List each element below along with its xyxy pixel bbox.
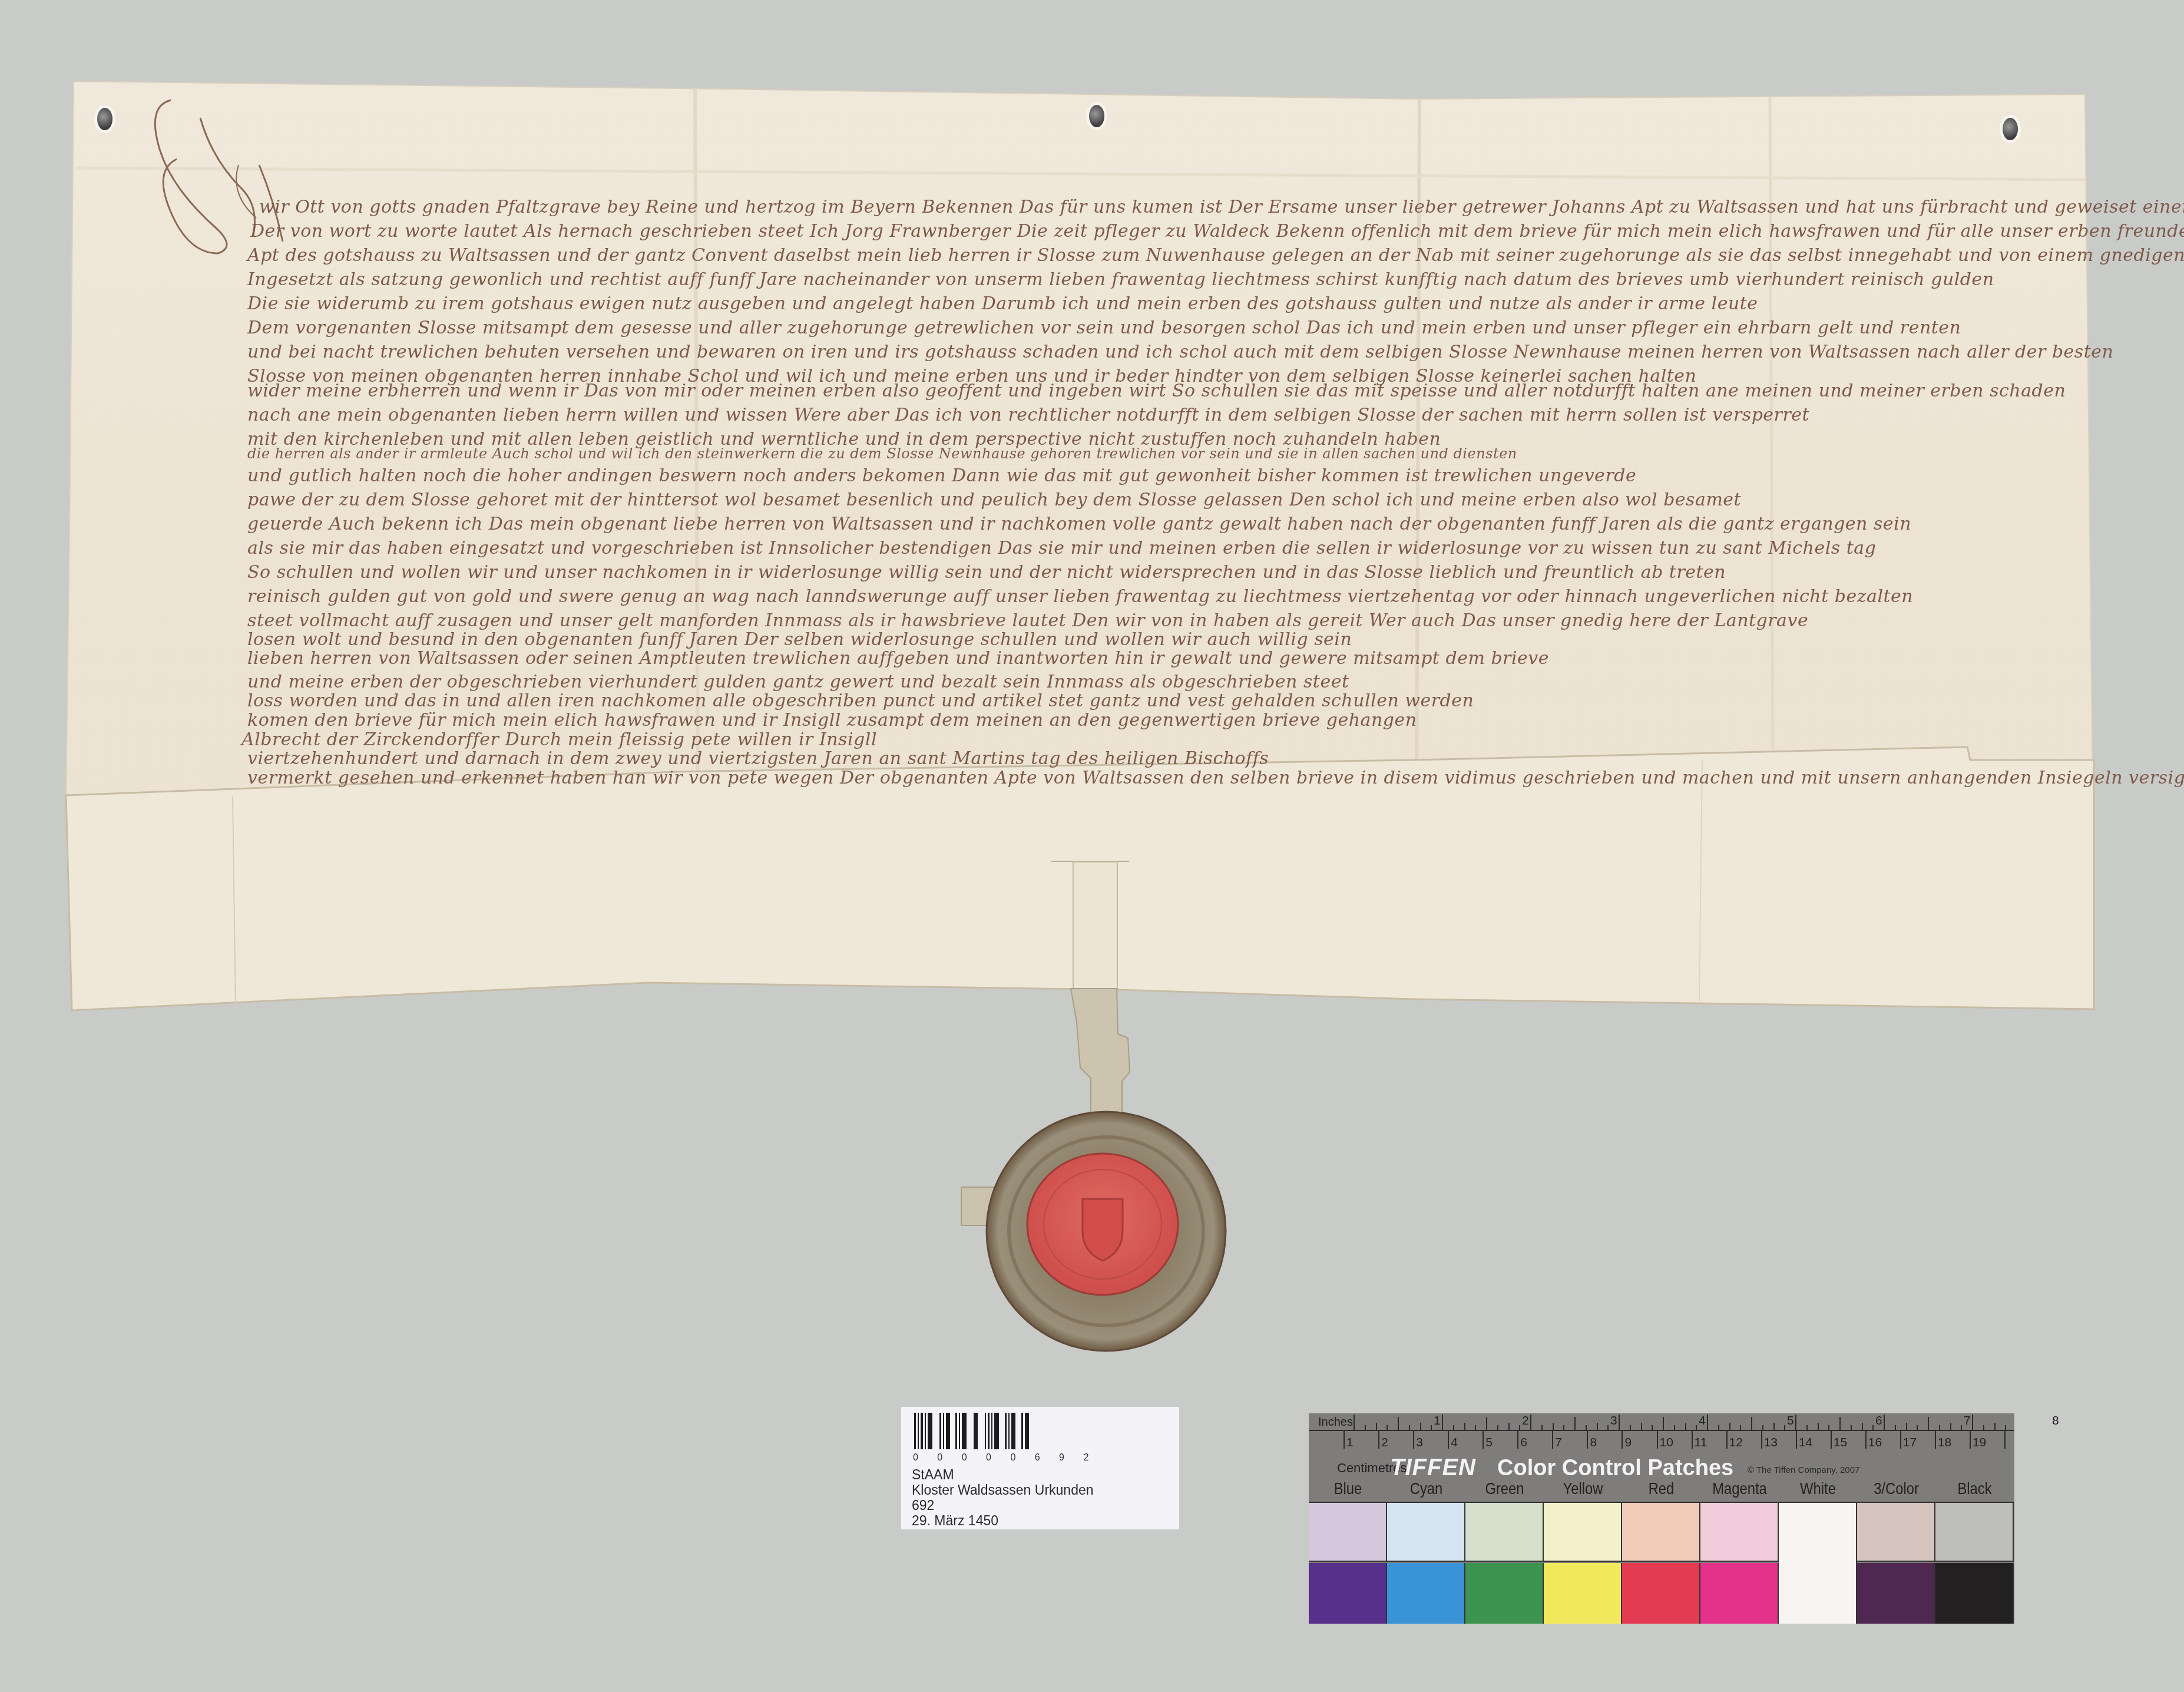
inch-number: 5 [1787, 1414, 1794, 1428]
text-line: reinisch gulden gut von gold und swere g… [247, 586, 1913, 607]
inch-tick [1751, 1417, 1752, 1430]
inch-number: 2 [1522, 1414, 1529, 1428]
patch-label: Cyan [1393, 1479, 1460, 1498]
text-line: wider meine erbherren und wenn ir Das vo… [247, 381, 2066, 401]
document-date: 29. März 1450 [912, 1514, 998, 1528]
patch-dark-blue [1309, 1563, 1387, 1624]
color-control-chart: Inches 12345678 Centimetres 123456789101… [1309, 1413, 2014, 1624]
archive-name: StAAM [912, 1468, 954, 1482]
cm-number: 7 [1555, 1436, 1562, 1450]
patch-dark-magenta [1700, 1563, 1779, 1624]
patch-label: White [1785, 1479, 1851, 1498]
inch-number: 6 [1875, 1414, 1882, 1428]
inch-tick [1431, 1425, 1432, 1430]
text-line: viertzehenhundert und darnach in dem zwe… [247, 748, 1269, 769]
patch-label: Green [1471, 1479, 1538, 1498]
patch-light-red [1622, 1503, 1700, 1562]
cm-tick [1900, 1431, 1901, 1449]
patch-dark-black [1935, 1563, 2014, 1624]
cm-tick [1378, 1431, 1379, 1449]
inch-tick [1442, 1415, 1443, 1430]
text-line: und gutlich halten noch die hoher anding… [247, 465, 1636, 486]
inch-tick [1828, 1425, 1829, 1430]
inch-tick [1862, 1423, 1863, 1430]
cm-tick [1413, 1431, 1414, 1449]
inch-tick [1464, 1423, 1465, 1430]
cm-number: 16 [1868, 1436, 1882, 1450]
patch-label: Magenta [1706, 1479, 1773, 1498]
cm-number: 18 [1938, 1436, 1951, 1450]
inch-tick [1839, 1417, 1841, 1430]
text-line: lieben herren von Waltsassen oder seinen… [247, 648, 1549, 669]
signature-monogram-icon [135, 94, 312, 271]
collection-name: Kloster Waldsassen Urkunden [912, 1483, 1094, 1497]
cm-number: 1 [1346, 1436, 1354, 1450]
cm-number: 19 [1973, 1436, 1986, 1450]
cm-number: 11 [1695, 1436, 1708, 1450]
document-number: 692 [912, 1499, 934, 1512]
cm-tick [1483, 1431, 1484, 1449]
inch-tick [1917, 1425, 1918, 1430]
inch-tick [1685, 1423, 1686, 1430]
cm-number: 14 [1799, 1436, 1812, 1450]
inch-number: 4 [1699, 1414, 1706, 1428]
cm-tick [2004, 1431, 2006, 1449]
cm-tick [1622, 1431, 1623, 1449]
inch-tick [1696, 1425, 1697, 1430]
inch-tick [1530, 1415, 1531, 1430]
inch-tick [1718, 1425, 1719, 1430]
text-line: die herren als ander ir armleute Auch sc… [247, 445, 1517, 462]
inch-tick [1398, 1417, 1399, 1430]
text-line: steet vollmacht auff zusagen und unser g… [247, 610, 1808, 631]
inch-tick [1972, 1415, 1973, 1430]
inch-tick [1906, 1423, 1907, 1430]
inch-tick [1630, 1425, 1631, 1430]
inch-tick [1961, 1425, 1962, 1430]
cm-tick [1970, 1431, 1971, 1449]
inch-tick [1586, 1425, 1587, 1430]
patch-light-blue [1309, 1503, 1387, 1562]
text-line: Apt des gotshauss zu Waltsassen und der … [247, 245, 2184, 266]
inch-tick [1872, 1425, 1874, 1430]
inch-tick [1597, 1423, 1598, 1430]
text-line: pawe der zu dem Slosse gehoret mit der h… [247, 490, 1741, 510]
inch-tick [2005, 1425, 2006, 1430]
inch-tick [1475, 1425, 1476, 1430]
patch-light-magenta [1700, 1503, 1779, 1562]
cm-tick [1448, 1431, 1449, 1449]
patch-label: 3/Color [1863, 1479, 1930, 1498]
inch-tick [1663, 1417, 1664, 1430]
chart-copyright: © The Tiffen Company, 2007 [1748, 1465, 1859, 1475]
patch-dark-3-color [1857, 1563, 1935, 1624]
inch-number: 7 [1964, 1414, 1971, 1428]
inch-tick [1729, 1423, 1730, 1430]
inch-tick [1376, 1423, 1377, 1430]
patch-dark-red [1622, 1563, 1700, 1624]
cm-number: 2 [1381, 1436, 1388, 1450]
text-line: Der von wort zu worte lautet Als hernach… [250, 221, 2184, 242]
inch-tick [1486, 1417, 1487, 1430]
inch-tick [1773, 1423, 1775, 1430]
text-line: losen wolt und besund in den obgenanten … [247, 629, 1352, 650]
patch-label: Black [1941, 1479, 2008, 1498]
cm-number: 15 [1834, 1436, 1847, 1450]
text-line: und meine erben der obgeschrieben vierhu… [247, 672, 1349, 692]
cm-number: 8 [1590, 1436, 1597, 1450]
inch-tick [1983, 1425, 1984, 1430]
inch-tick [1508, 1423, 1510, 1430]
inch-tick [1740, 1425, 1741, 1430]
inch-tick [1553, 1423, 1554, 1430]
cm-tick [1587, 1431, 1588, 1449]
inch-tick [1453, 1425, 1454, 1430]
patch-white [1779, 1503, 1857, 1624]
text-line: und bei nacht trewlichen behuten versehe… [247, 342, 2113, 362]
cm-number: 17 [1903, 1436, 1917, 1450]
patch-light-cyan [1387, 1503, 1465, 1562]
inch-tick [1762, 1425, 1763, 1430]
inch-tick [1409, 1425, 1410, 1430]
text-line: nach ane mein obgenanten lieben herrn wi… [247, 405, 1809, 425]
wax-seal [987, 1112, 1226, 1351]
inch-tick [1784, 1425, 1785, 1430]
text-line: Ingesetzt als satzung gewonlich und rech… [247, 269, 1994, 290]
patch-light-black [1935, 1503, 2014, 1562]
patch-light-yellow [1544, 1503, 1622, 1562]
cm-tick [1796, 1431, 1797, 1449]
inch-tick [1420, 1423, 1421, 1430]
inch-tick [1674, 1425, 1675, 1430]
cm-tick [1657, 1431, 1658, 1449]
cm-tick [1344, 1431, 1345, 1449]
inch-tick [1994, 1423, 1996, 1430]
inch-tick [1851, 1425, 1852, 1430]
inch-tick [1563, 1425, 1564, 1430]
text-line: Dem vorgenanten Slosse mitsampt dem gese… [247, 318, 1961, 338]
patch-label: Red [1628, 1479, 1695, 1498]
seal-coat-of-arms [1083, 1199, 1123, 1261]
cm-tick [1692, 1431, 1693, 1449]
patch-dark-cyan [1387, 1563, 1465, 1624]
cm-tick [1865, 1431, 1867, 1449]
cm-tick [1552, 1431, 1553, 1449]
inch-tick [1795, 1415, 1796, 1430]
seal-strap-upper [1073, 862, 1117, 989]
cm-number: 6 [1520, 1436, 1527, 1450]
ruler-inches-label: Inches [1318, 1416, 1353, 1429]
inch-tick [1607, 1425, 1609, 1430]
text-line: Die sie widerumb zu irem gotshaus ewigen… [247, 293, 1758, 314]
cm-tick [1517, 1431, 1518, 1449]
inch-tick [1652, 1425, 1653, 1430]
barcode-number: 0 0 0 0 0 6 9 2 [913, 1453, 1097, 1463]
cm-number: 12 [1729, 1436, 1743, 1450]
cm-number: 9 [1624, 1436, 1632, 1450]
inch-tick [1895, 1425, 1896, 1430]
mounting-hole [1089, 105, 1104, 127]
ruler-baseline [1309, 1430, 2014, 1431]
inch-tick [1818, 1423, 1819, 1430]
text-line: komen den brieve für mich mein elich haw… [247, 710, 1417, 731]
archive-label: 0 0 0 0 0 6 9 2 StAAM Kloster Waldsassen… [901, 1407, 1179, 1529]
inch-tick [1519, 1425, 1520, 1430]
seal-strap [1071, 989, 1130, 1113]
cm-tick [1831, 1431, 1832, 1449]
inch-tick [1884, 1415, 1885, 1430]
text-line: vermerkt gesehen und erkennet haben han … [247, 768, 2184, 788]
cm-tick [1935, 1431, 1936, 1449]
cm-number: 10 [1660, 1436, 1673, 1450]
cm-number: 4 [1451, 1436, 1458, 1450]
inch-number: 8 [2052, 1414, 2059, 1428]
patch-light-green [1465, 1503, 1544, 1562]
text-line: So schullen und wollen wir und unser nac… [247, 562, 1726, 583]
tiffen-logo: TIFFEN [1390, 1455, 1476, 1481]
inch-tick [1365, 1425, 1366, 1430]
patch-label: Blue [1315, 1479, 1381, 1498]
cm-number: 3 [1416, 1436, 1423, 1450]
inch-tick [1928, 1417, 1929, 1430]
text-line: als sie mir das haben eingesatzt und vor… [247, 538, 1876, 559]
cm-number: 5 [1485, 1436, 1493, 1450]
barcode-icon [914, 1413, 1031, 1449]
inch-tick [1707, 1415, 1708, 1430]
chart-title: Color Control Patches [1497, 1456, 1733, 1481]
text-line: wir Ott von gotts gnaden Pfaltzgrave bey… [259, 197, 2184, 217]
inch-tick [1354, 1415, 1355, 1430]
cm-number: 13 [1764, 1436, 1778, 1450]
inch-tick [1541, 1425, 1543, 1430]
patch-dark-green [1465, 1563, 1544, 1624]
mounting-hole [2003, 118, 2018, 140]
inch-number: 1 [1434, 1414, 1441, 1428]
mounting-hole [97, 108, 112, 130]
patch-dark-yellow [1544, 1563, 1622, 1624]
cm-tick [1761, 1431, 1762, 1449]
inch-number: 3 [1610, 1414, 1617, 1428]
inch-tick [1939, 1425, 1940, 1430]
inch-tick [1619, 1415, 1620, 1430]
inch-tick [1574, 1417, 1576, 1430]
inch-tick [1641, 1423, 1642, 1430]
text-line: geuerde Auch bekenn ich Das mein obgenan… [247, 514, 1911, 534]
patch-label: Yellow [1550, 1479, 1616, 1498]
text-line: loss worden und das in und allen iren na… [247, 690, 1474, 711]
patch-light-3-color [1857, 1503, 1935, 1562]
inch-tick [1950, 1423, 1951, 1430]
inch-tick [1806, 1425, 1808, 1430]
text-line: Albrecht der Zirckendorffer Durch mein f… [241, 729, 877, 750]
cm-tick [1726, 1431, 1728, 1449]
inch-tick [1497, 1425, 1498, 1430]
inch-tick [1386, 1425, 1388, 1430]
